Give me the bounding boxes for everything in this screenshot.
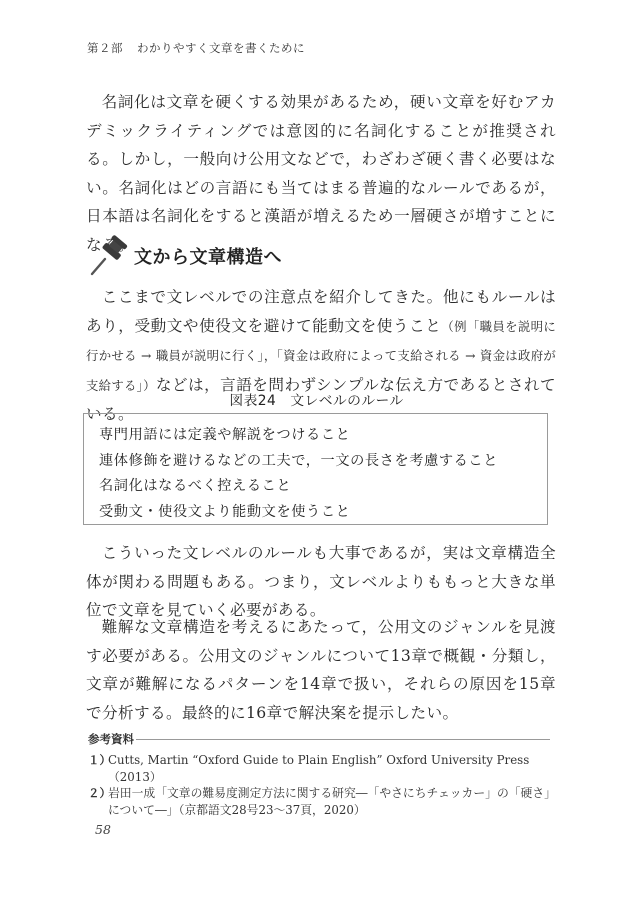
- references-list: １） Cutts, Martin “Oxford Guide to Plain …: [88, 752, 553, 818]
- reference-number: １）: [88, 752, 108, 785]
- section-heading: 文から文章構造へ: [88, 234, 282, 278]
- reference-text: Cutts, Martin “Oxford Guide to Plain Eng…: [108, 752, 553, 785]
- reference-item: ２） 岩田一成「文章の難易度測定方法に関する研究―「やさにちチェッカー」の「硬さ…: [88, 785, 553, 818]
- paragraph-structure: こういった文レベルのルールも大事であるが，実は文章構造全体が関わる問題もある。つ…: [86, 539, 556, 625]
- running-head-title: わかりやすく文章を書くために: [137, 41, 305, 55]
- rules-box: 専門用語には定義や解説をつけること 連体修飾を避けるなどの工夫で，一文の長さを考…: [83, 413, 548, 525]
- reference-item: １） Cutts, Martin “Oxford Guide to Plain …: [88, 752, 553, 785]
- paragraph-genres: 難解な文章構造を考えるにあたって，公用文のジャンルを見渡す必要がある。公用文のジ…: [86, 613, 556, 727]
- section-title: 文から文章構造へ: [134, 243, 282, 269]
- page-number: 58: [95, 822, 111, 837]
- running-head-part: 第２部: [87, 41, 123, 55]
- rule-item: 専門用語には定義や解説をつけること: [99, 423, 547, 449]
- references-divider: [136, 739, 550, 740]
- rule-item: 連体修飾を避けるなどの工夫で，一文の長さを考慮すること: [99, 449, 547, 475]
- pushpin-icon: [88, 235, 128, 277]
- figure-caption: 図表24 文レベルのルール: [83, 389, 550, 409]
- references-label: 参考資料: [88, 731, 134, 747]
- references-header: 参考資料: [88, 731, 550, 747]
- reference-text: 岩田一成「文章の難易度測定方法に関する研究―「やさにちチェッカー」の「硬さ」につ…: [108, 785, 553, 818]
- rule-item: 受動文・使役文より能動文を使うこと: [99, 500, 547, 526]
- running-head: 第２部わかりやすく文章を書くために: [87, 40, 305, 56]
- reference-number: ２）: [88, 785, 108, 818]
- rule-item: 名詞化はなるべく控えること: [99, 474, 547, 500]
